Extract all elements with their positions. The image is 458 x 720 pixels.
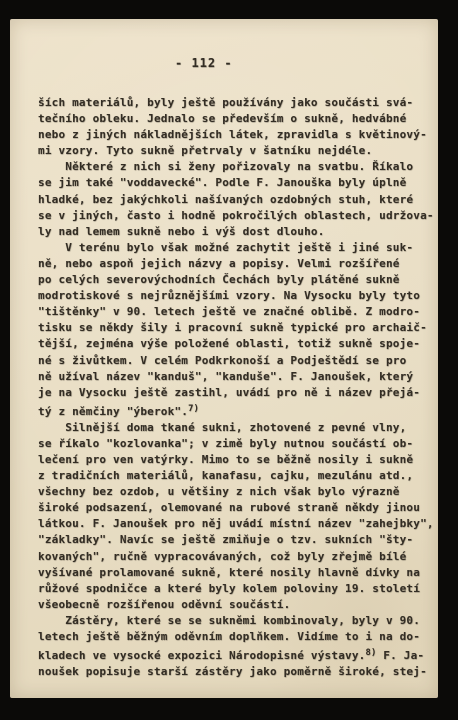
text-line: ly nad lemem sukně nebo i výš dost dlouh… [38,224,438,240]
text-line: Silnější doma tkané sukni, zhotovené z p… [38,420,438,436]
text-line: tý z němčiny "ýberok".7) [38,401,438,420]
text-line: se říkalo "kozlovanka"; v zimě byly nutn… [38,436,438,452]
text-line: hladké, bez jakýchkoli našívaných ozdobn… [38,192,438,208]
text-line: "základky". Navíc se ještě zmiňuje o tzv… [38,532,438,548]
text-line: je na Vysocku ještě zastihl, uvádí pro n… [38,385,438,401]
text-line: modrotiskové s nejrůznějšími vzory. Na V… [38,288,438,304]
page-number: - 112 - [175,55,438,71]
scan-frame: - 112 - ších materiálů, byly ještě použí… [0,0,458,720]
text-line: z tradičních materiálů, kanafasu, cajku,… [38,468,438,484]
body-text: ších materiálů, byly ještě používány jak… [38,95,438,680]
text-line: po celých severovýchodních Čechách byly … [38,272,438,288]
text-line: ně užíval název "kanduš", "kanduše". F. … [38,369,438,385]
text-line: noušek popisuje starší zástěry jako pomě… [38,664,438,680]
text-line: né s živůtkem. V celém Podkrkonoší a Pod… [38,353,438,369]
text-line: V terénu bylo však možné zachytit ještě … [38,240,438,256]
text-line: nebo z jiných nákladnějších látek, zprav… [38,127,438,143]
text-line: tečního obleku. Jednalo se především o s… [38,111,438,127]
text-line: látkou. F. Janoušek pro něj uvádí místní… [38,516,438,532]
text-line: ších materiálů, byly ještě používány jak… [38,95,438,111]
document-page: - 112 - ších materiálů, byly ještě použí… [10,19,438,698]
footnote-marker: 7) [188,404,199,414]
text-line: vyšívané prolamované sukně, které nosily… [38,565,438,581]
text-line: široké podsazení, olemované na rubové st… [38,500,438,516]
text-line: letech ještě běžným oděvním doplňkem. Vi… [38,629,438,645]
text-line: růžové spodničce a které byly kolem polo… [38,581,438,597]
text-line: ně, nebo aspoň jejich názvy a popisy. Ve… [38,256,438,272]
text-line: mi vzory. Tyto sukně přetrvaly v šatníku… [38,143,438,159]
text-line: lečení pro ven vatýrky. Mimo to se běžně… [38,452,438,468]
text-line: tisku se někdy šily i pracovní sukně typ… [38,320,438,336]
text-line: se v jiných, často i hodně pokročilých o… [38,208,438,224]
text-line: Zástěry, které se se sukněmi kombinovaly… [38,613,438,629]
text-line: tější, zejména výše položené oblasti, to… [38,336,438,352]
text-line: Některé z nich si ženy pořizovaly na sva… [38,159,438,175]
text-line: všeobecně rozšířenou oděvní součástí. [38,597,438,613]
text-line: kladech ve vysocké expozici Národopisné … [38,645,438,664]
text-line: "tištěnky" v 90. letech ještě ve značné … [38,304,438,320]
text-line: se jim také "voddavecké". Podle F. Janou… [38,175,438,191]
text-line: kovaných", ručně vypracovávaných, což by… [38,549,438,565]
footnote-marker: 8) [365,648,376,658]
text-line: všechny bez ozdob, u většiny z nich však… [38,484,438,500]
